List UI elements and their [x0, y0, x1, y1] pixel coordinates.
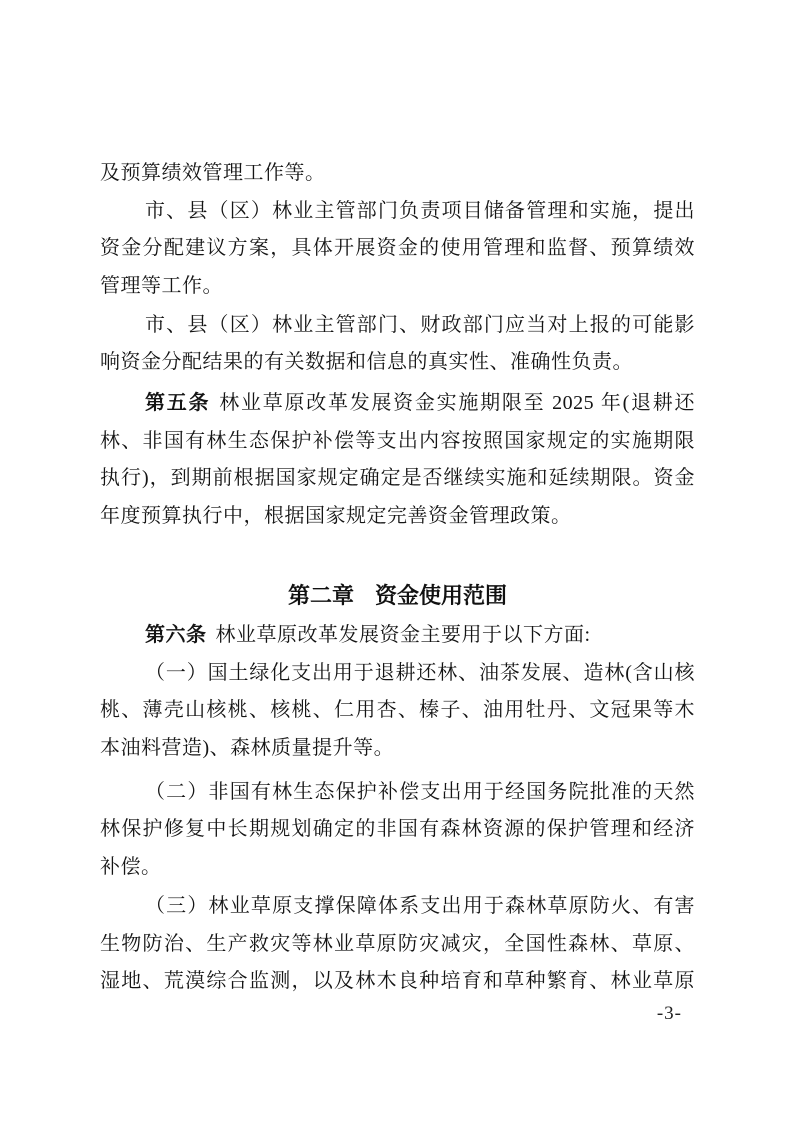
line-text: 林保护修复中长期规划确定的非国有森林资源的保护管理和经济: [100, 818, 695, 840]
line-text: 市、县（区）林业主管部门负责项目储备管理和实施，提出: [145, 200, 695, 222]
document-page: 及预算绩效管理工作等。 市、县（区）林业主管部门负责项目储备管理和实施，提出 资…: [0, 0, 793, 1122]
page-number: -3-: [657, 1002, 682, 1026]
line-text: 林业草原改革发展资金主要用于以下方面:: [216, 624, 591, 646]
line-text: 补偿。: [100, 856, 162, 878]
line-text: 湿地、荒漠综合监测，以及林木良种培育和草种繁育、林业草原: [100, 970, 695, 992]
line-text: （一）国土绿化支出用于退耕还林、油茶发展、造林(含山核: [145, 662, 695, 684]
text-line: 第六条林业草原改革发展资金主要用于以下方面:: [100, 620, 695, 650]
text-line: （一）国土绿化支出用于退耕还林、油茶发展、造林(含山核: [100, 658, 695, 688]
text-line: 补偿。: [100, 852, 695, 882]
article-number: 第六条: [145, 624, 207, 646]
text-line: （二）非国有林生态保护补偿支出用于经国务院批准的天然: [100, 777, 695, 807]
article-number: 第五条: [145, 392, 210, 414]
line-text: 林、非国有林生态保护补偿等支出内容按照国家规定的实施期限: [100, 430, 695, 452]
chapter-heading: 第二章资金使用范围: [100, 581, 695, 611]
text-line: 资金分配建议方案，具体开展资金的使用管理和监督、预算绩效: [100, 233, 695, 263]
chapter-title: 资金使用范围: [375, 583, 507, 608]
chapter-number: 第二章: [288, 583, 354, 608]
line-text: 市、县（区）林业主管部门、财政部门应当对上报的可能影: [145, 314, 695, 336]
text-line: 桃、薄壳山核桃、核桃、仁用杏、榛子、油用牡丹、文冠果等木: [100, 695, 695, 725]
line-text: 管理等工作。: [100, 275, 223, 297]
line-text: 及预算绩效管理工作等。: [100, 162, 326, 184]
text-line: 林保护修复中长期规划确定的非国有森林资源的保护管理和经济: [100, 814, 695, 844]
text-line: 生物防治、生产救灾等林业草原防灾减灾，全国性森林、草原、: [100, 929, 695, 959]
line-text: 本油料营造)、森林质量提升等。: [100, 737, 394, 759]
text-line: 管理等工作。: [100, 271, 695, 301]
text-line: 市、县（区）林业主管部门、财政部门应当对上报的可能影: [100, 310, 695, 340]
text-line: 执行)，到期前根据国家规定确定是否继续实施和延续期限。资金: [100, 463, 695, 493]
line-text: 生物防治、生产救灾等林业草原防灾减灾，全国性森林、草原、: [100, 933, 695, 955]
line-text: 执行)，到期前根据国家规定确定是否继续实施和延续期限。资金: [100, 467, 695, 489]
text-line: 本油料营造)、森林质量提升等。: [100, 733, 695, 763]
line-text: （三）林业草原支撑保障体系支出用于森林草原防火、有害: [145, 895, 695, 917]
line-text: （二）非国有林生态保护补偿支出用于经国务院批准的天然: [145, 781, 695, 803]
text-line: 响资金分配结果的有关数据和信息的真实性、准确性负责。: [100, 347, 695, 377]
text-line: 湿地、荒漠综合监测，以及林木良种培育和草种繁育、林业草原: [100, 966, 695, 996]
text-line: 及预算绩效管理工作等。: [100, 158, 695, 188]
text-line: 年度预算执行中，根据国家规定完善资金管理政策。: [100, 501, 695, 531]
text-line: （三）林业草原支撑保障体系支出用于森林草原防火、有害: [100, 891, 695, 921]
line-text: 资金分配建议方案，具体开展资金的使用管理和监督、预算绩效: [100, 237, 695, 259]
line-text: 桃、薄壳山核桃、核桃、仁用杏、榛子、油用牡丹、文冠果等木: [100, 699, 695, 721]
line-text: 林业草原改革发展资金实施期限至 2025 年(退耕还: [219, 392, 695, 414]
line-text: 响资金分配结果的有关数据和信息的真实性、准确性负责。: [100, 351, 633, 373]
line-text: 年度预算执行中，根据国家规定完善资金管理政策。: [100, 505, 572, 527]
text-line: 市、县（区）林业主管部门负责项目储备管理和实施，提出: [100, 196, 695, 226]
text-line: 林、非国有林生态保护补偿等支出内容按照国家规定的实施期限: [100, 426, 695, 456]
text-line: 第五条林业草原改革发展资金实施期限至 2025 年(退耕还: [100, 388, 695, 418]
